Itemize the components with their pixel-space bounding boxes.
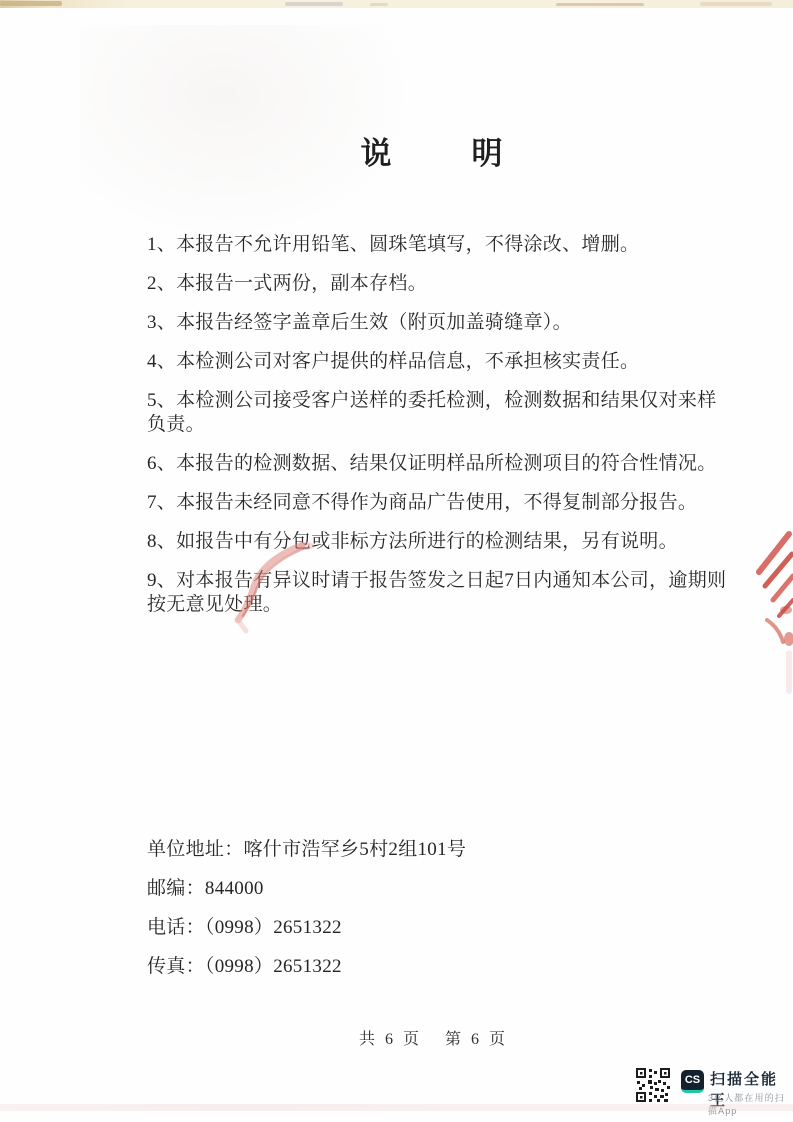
- note-item-8: 8、如报告中有分包或非标方法所进行的检测结果，另有说明。: [147, 530, 777, 554]
- scan-smudge: [0, 1, 62, 6]
- scanned-document-page: 说 明 1、本报告不允许用铅笔、圆珠笔填写，不得涂改、增删。 2、本报告一式两份…: [0, 0, 793, 1122]
- page-title: 说 明: [38, 136, 793, 172]
- scan-edge-bottom: [0, 1104, 793, 1111]
- scan-edge-top: [0, 0, 793, 8]
- scan-smudge: [285, 2, 343, 6]
- contact-fax: 传真：（0998）2651322: [147, 955, 707, 979]
- note-item-6: 6、本报告的检测数据、结果仅证明样品所检测项目的符合性情况。: [147, 452, 777, 476]
- contact-address: 单位地址：喀什市浩罕乡5村2组101号: [147, 838, 707, 862]
- logo-text: CS: [685, 1074, 700, 1086]
- scan-smudge: [370, 3, 388, 6]
- page-number-footer: 共 6 页 第 6 页: [37, 1026, 793, 1049]
- note-item-7: 7、本报告未经同意不得作为商品广告使用，不得复制部分报告。: [147, 491, 777, 515]
- scan-haze: [80, 25, 420, 245]
- note-item-2: 2、本报告一式两份，副本存档。: [147, 272, 777, 296]
- current-page: 第 6 页: [445, 1031, 508, 1048]
- scan-smudge: [700, 2, 772, 6]
- contact-postcode: 邮编：844000: [147, 877, 707, 901]
- scan-smudge: [556, 3, 644, 6]
- contact-block: 单位地址：喀什市浩罕乡5村2组101号 邮编：844000 电话：（0998）2…: [147, 838, 707, 994]
- camscanner-logo-icon: CS: [681, 1070, 704, 1093]
- note-item-4: 4、本检测公司对客户提供的样品信息，不承担核实责任。: [147, 350, 777, 374]
- total-pages: 共 6 页: [359, 1031, 422, 1048]
- note-item-1: 1、本报告不允许用铅笔、圆珠笔填写，不得涂改、增删。: [147, 233, 777, 257]
- note-item-9: 9、对本报告有异议时请于报告签发之日起7日内通知本公司，逾期则 按无意见处理。: [147, 569, 777, 617]
- qr-code-icon: [636, 1068, 670, 1102]
- notes-list: 1、本报告不允许用铅笔、圆珠笔填写，不得涂改、增删。 2、本报告一式两份，副本存…: [147, 233, 777, 632]
- note-item-3: 3、本报告经签字盖章后生效（附页加盖骑缝章）。: [147, 311, 777, 335]
- note-item-5: 5、本检测公司接受客户送样的委托检测，检测数据和结果仅对来样 负责。: [147, 389, 777, 437]
- contact-phone: 电话：（0998）2651322: [147, 916, 707, 940]
